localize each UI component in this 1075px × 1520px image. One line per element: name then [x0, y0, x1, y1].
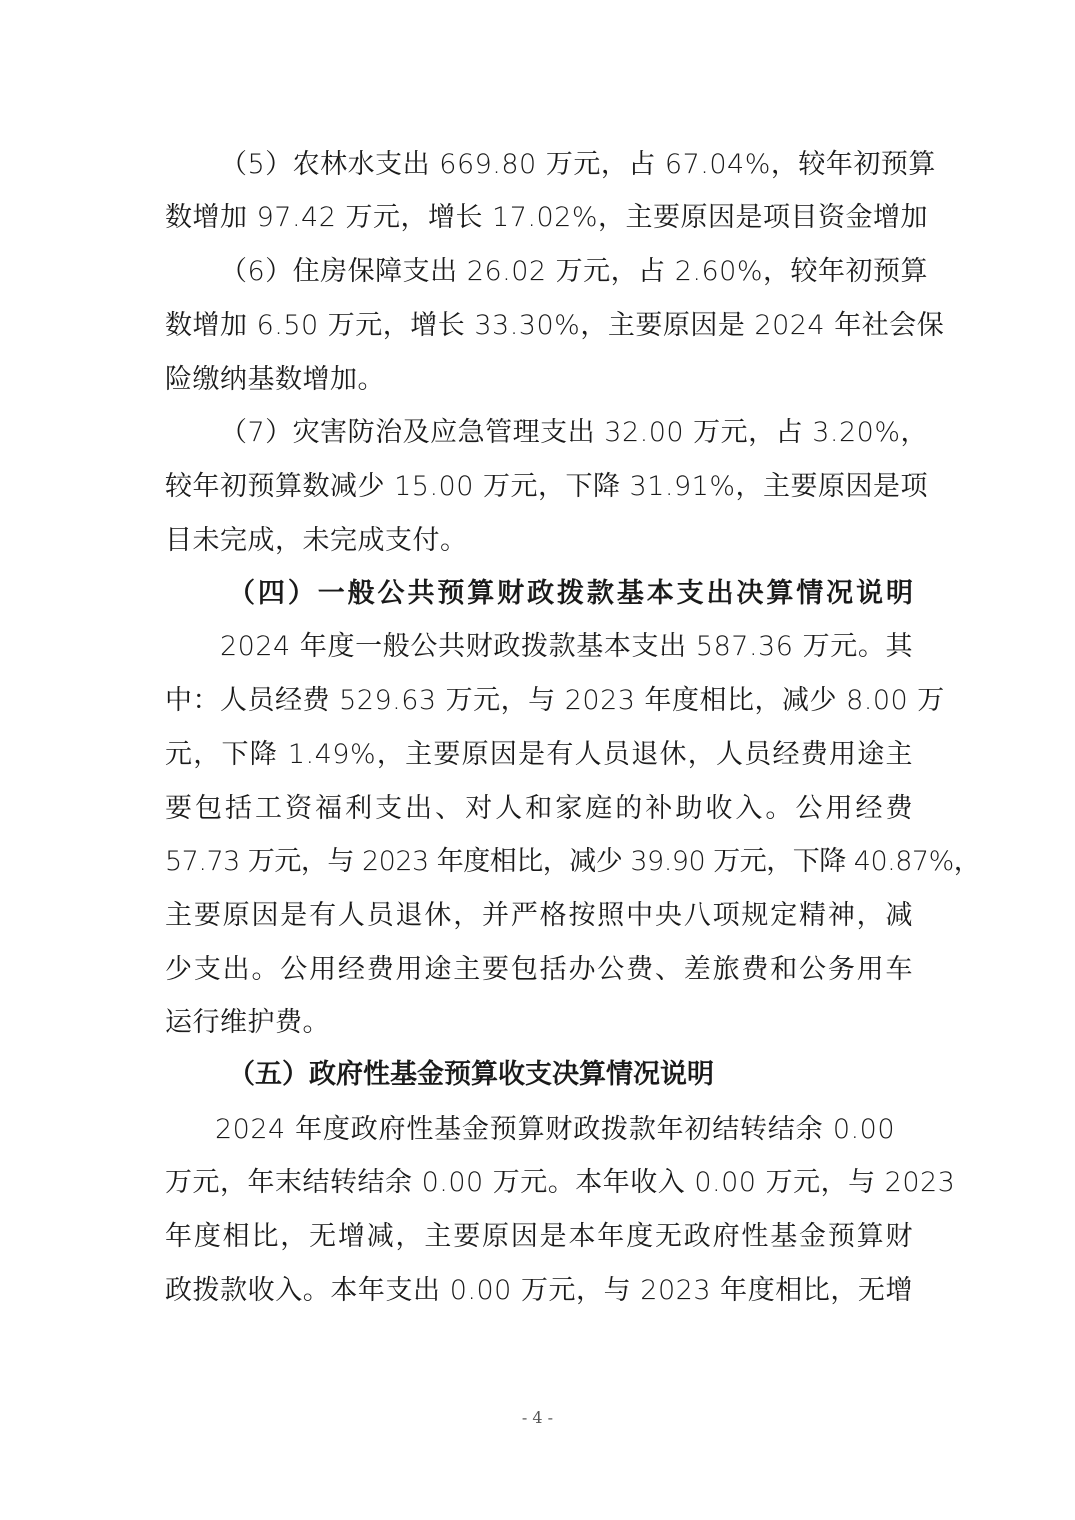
paragraph-line: 数增加 6.50 万元，增长 33.30%，主要原因是 2024 年社会保 [165, 306, 913, 346]
paragraph-line: 运行维护费。 [165, 1003, 913, 1043]
paragraph-line: 年度相比，无增减，主要原因是本年度无政府性基金预算财 [165, 1217, 913, 1257]
page-number: - 4 - [0, 1408, 1075, 1427]
paragraph-line: （7）灾害防治及应急管理支出 32.00 万元，占 3.20%， [220, 413, 913, 453]
paragraph-line: 数增加 97.42 万元，增长 17.02%，主要原因是项目资金增加 [165, 198, 913, 238]
paragraph-line: 险缴纳基数增加。 [165, 360, 913, 400]
paragraph-line: 2024 年度政府性基金预算财政拨款年初结转结余 0.00 [215, 1110, 895, 1150]
paragraph-line: 要包括工资福利支出、对人和家庭的补助收入。公用经费 [165, 789, 913, 829]
section-heading: （五）政府性基金预算收支决算情况说明 [228, 1055, 714, 1095]
document-page: （5）农林水支出 669.80 万元，占 67.04%，较年初预算 数增加 97… [0, 0, 1075, 1520]
paragraph-line: 万元，年末结转结余 0.00 万元。本年收入 0.00 万元，与 2023 [165, 1163, 913, 1203]
paragraph-line: 主要原因是有人员退休，并严格按照中央八项规定精神，减 [165, 896, 913, 936]
paragraph-line: 少支出。公用经费用途主要包括办公费、差旅费和公务用车 [165, 950, 913, 990]
paragraph-line: 2024 年度一般公共财政拨款基本支出 587.36 万元。其 [220, 627, 913, 667]
paragraph-line: （5）农林水支出 669.80 万元，占 67.04%，较年初预算 [220, 145, 913, 185]
paragraph-line: （6）住房保障支出 26.02 万元，占 2.60%，较年初预算 [220, 252, 913, 292]
paragraph-line: 目未完成，未完成支付。 [165, 521, 913, 561]
paragraph-line: 57.73 万元，与 2023 年度相比，减少 39.90 万元，下降 40.8… [165, 842, 913, 882]
paragraph-line: 中：人员经费 529.63 万元，与 2023 年度相比，减少 8.00 万 [165, 681, 913, 721]
paragraph-line: 较年初预算数减少 15.00 万元，下降 31.91%，主要原因是项 [165, 467, 913, 507]
paragraph-line: 政拨款收入。本年支出 0.00 万元，与 2023 年度相比，无增 [165, 1271, 913, 1311]
section-heading: （四）一般公共预算财政拨款基本支出决算情况说明 [228, 574, 913, 614]
paragraph-line: 元，下降 1.49%，主要原因是有人员退休，人员经费用途主 [165, 735, 913, 775]
